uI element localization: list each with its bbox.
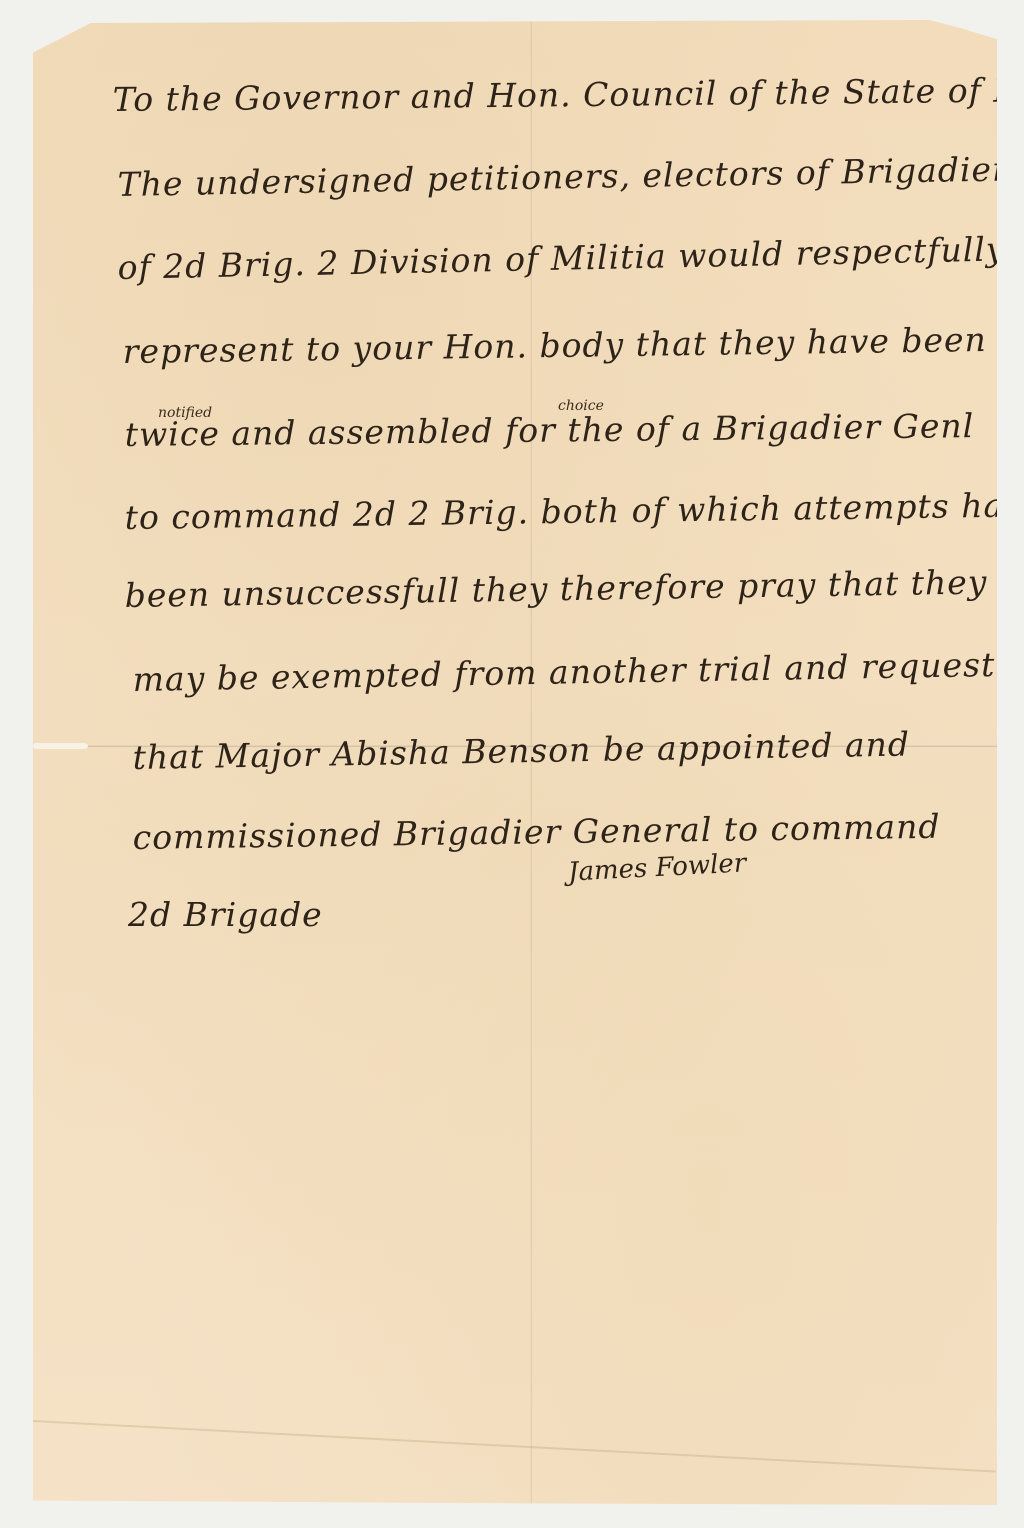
paper-crease <box>33 1420 996 1472</box>
paper-tear <box>33 743 88 749</box>
text-line-3: of 2d Brig. 2 Division of Militia would … <box>117 229 1006 287</box>
text-line-6: to command 2d 2 Brig. both of which atte… <box>124 485 1024 537</box>
text-line-11: 2d Brigade <box>128 895 323 934</box>
text-line-4: represent to your Hon. body that they ha… <box>122 320 987 371</box>
text-line-5: twice and assembled for the of a Brigadi… <box>125 406 975 454</box>
text-line-8: may be exempted from another trial and r… <box>132 645 995 699</box>
text-line-7: been unsuccessfull they therefore pray t… <box>124 562 987 615</box>
signature: James Fowler <box>567 848 747 887</box>
text-line-1: To the Governor and Hon. Council of the … <box>113 70 1024 119</box>
text-line-10: commissioned Brigadier General to comman… <box>132 807 940 857</box>
text-line-9: that Major Abisha Benson be appointed an… <box>132 724 910 777</box>
document-page: To the Governor and Hon. Council of the … <box>33 20 997 1505</box>
text-line-2: The undersigned petitioners, electors of… <box>117 148 1024 204</box>
